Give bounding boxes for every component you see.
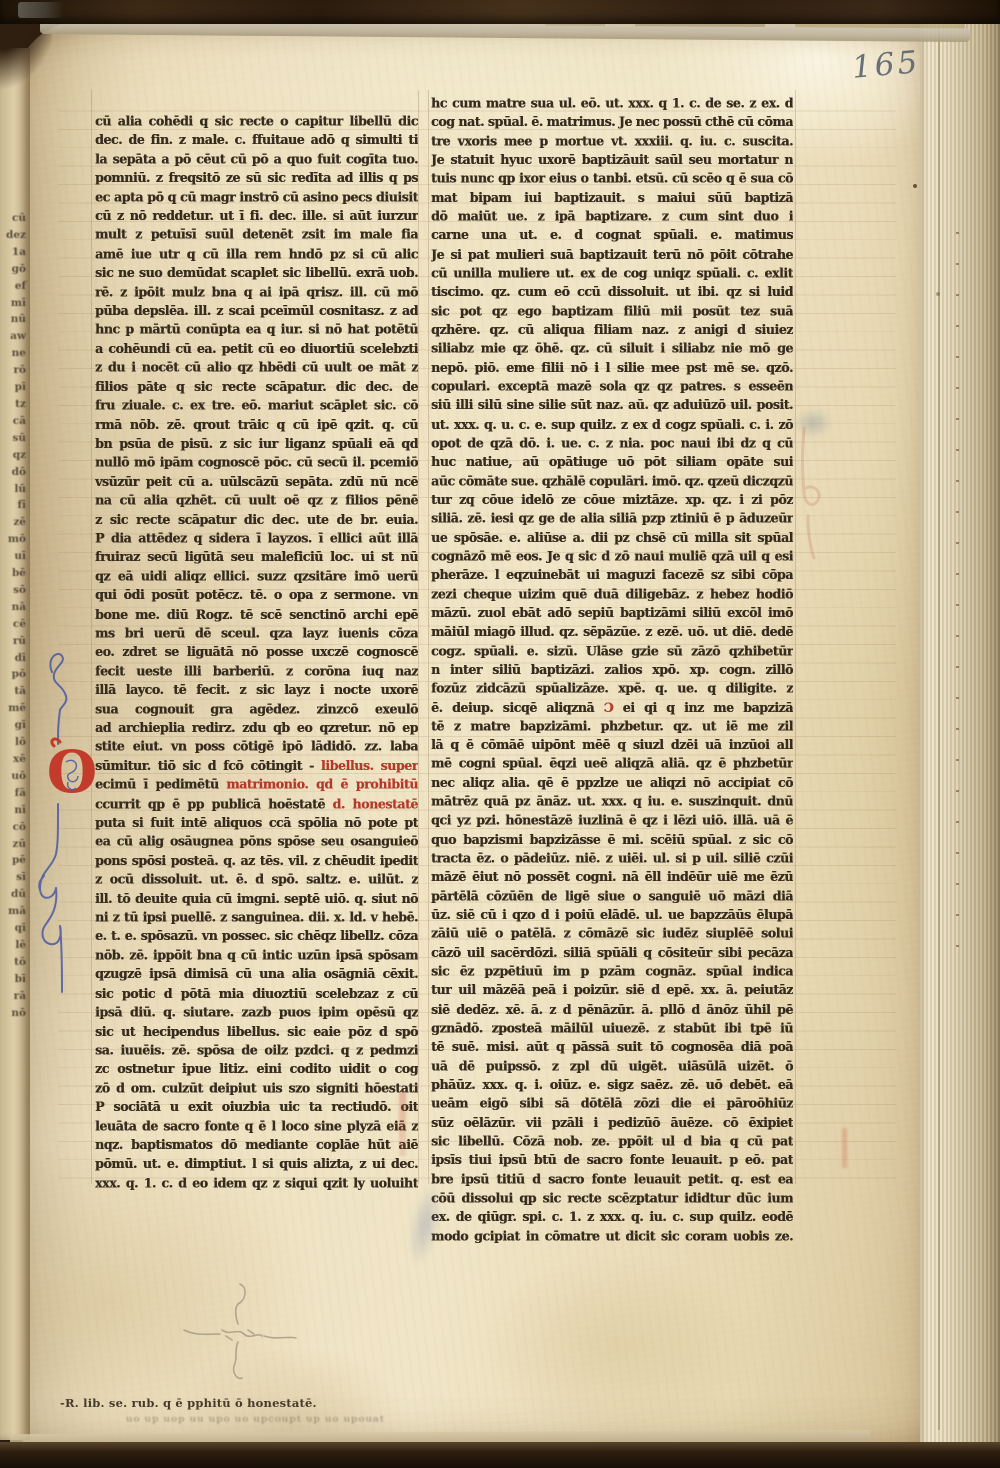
text-line: cū alia cohēdi q sic recte o capitur lib…: [95, 112, 418, 131]
text-line: mātrēz quā pz ānāz. ut. xxx. q iu. e. su…: [431, 792, 793, 811]
text-line: tō: [0, 954, 26, 971]
binding-bottom: [0, 1442, 1000, 1468]
text-line: Je statuit hyuc uxorē baptizāuit saūl se…: [431, 151, 793, 170]
text-line: opot de qzā dō. i. ue. c. z nia. poc nau…: [431, 434, 793, 453]
text-line: ūz. siē cū i qzo d i poiū elādē. ul. ue …: [431, 906, 793, 925]
text-line: 1a: [0, 244, 26, 261]
text-line: ef: [0, 278, 26, 295]
text-line: gznādō. zposteā māilūl uiuezē. z stabūt …: [431, 1019, 793, 1038]
text-line: tz: [0, 396, 26, 413]
text-line: nō: [0, 1005, 26, 1022]
text-line: gī: [0, 717, 26, 734]
text-line: cōū dissolui qp sic recte scēzptatur idi…: [431, 1189, 793, 1208]
text-line: e. t. e. spōsazū. vn possec. sic chēqz l…: [95, 927, 418, 946]
text-line: P sociātā u exit oiuzbia uic ta rectiudō…: [95, 1098, 418, 1117]
text-line: lā q ē cōmāē uipōnt mēē q siuzl dzēi uā …: [431, 736, 793, 755]
text-line: pī: [0, 379, 26, 396]
blue-smudge-margin: [793, 408, 833, 438]
text-line: zū: [0, 836, 26, 853]
text-line: pherāze. l eqzuinebāt ui maguzi facezē s…: [431, 566, 793, 585]
red-offset-tick: [399, 1092, 406, 1156]
manuscript-photo: O cū alia cohēdi q sic recte o capitur l…: [0, 0, 1000, 1468]
facing-page-text: cūdez1agōefmīnūawnerōpītzcāsūqzdōlūfīzēm…: [0, 210, 26, 1022]
text-line: nū: [0, 311, 26, 328]
text-line: mī: [0, 295, 26, 312]
ruling-vertical-right: [795, 90, 796, 1184]
text-line: cō: [0, 819, 26, 836]
text-line: rū: [0, 633, 26, 650]
text-line: tā: [0, 683, 26, 700]
text-line: eo. zdret se liguātā nō posse uxczē cogn…: [95, 643, 418, 662]
text-line: nā: [0, 599, 26, 616]
text-line: nī: [0, 802, 26, 819]
text-line: fru ziuale. c. ex tre. eō. mariut scāple…: [95, 396, 418, 415]
text-column-right: hc cum matre sua ul. eō. ut. xxx. q 1. c…: [431, 94, 793, 1246]
text-line: sūmitur. tiō sic d fcō cōtingit - libell…: [95, 757, 418, 776]
text-line: a cohēundi cū ea. petit cū eo diuortiū s…: [95, 340, 418, 359]
text-line: tē z matre bapzizāmi. phzbetur. qz. ut i…: [431, 717, 793, 736]
text-line: ni z tū ipsi puellē. z sanguinea. dii. x…: [95, 908, 418, 927]
text-line: mult z petuīsī suūl detenēt zsit im male…: [95, 226, 418, 245]
text-line: nōb. zē. ippōit bna q cū intic uzūn ipsā…: [95, 946, 418, 965]
text-line: ue spōsāe. e. aliūse a. dii pz chsē cū m…: [431, 528, 793, 547]
text-line: zō d om. culzūt deipiut uis szo signiti …: [95, 1079, 418, 1098]
text-line: pō: [0, 666, 26, 683]
text-line: bone me. diū Rogz. tē scē senctinō archi…: [95, 605, 418, 624]
text-line: lū: [0, 481, 26, 498]
text-line: hnc p mārtū conūpta ea q iur. si nō hat …: [95, 321, 418, 340]
text-line: tē suē. misi. aūt q pāssā suit tō cognos…: [431, 1038, 793, 1057]
text-line: tre vxoris mee p mortue vt. xxxiii. q. i…: [431, 132, 793, 151]
text-line: sic ēz pzpētiuū im p pzām cognāz. spūal …: [431, 962, 793, 981]
text-line: qzugzē ipsā dimisā cū una alia osāgniā c…: [95, 965, 418, 984]
text-line: modo gcipiat in cōmatre ut dicit sic cor…: [431, 1227, 793, 1246]
text-line: fī: [0, 497, 26, 514]
text-line: aūc cōmāte sue. qzhālē copulāri. imō. qz…: [431, 472, 793, 491]
red-offset-mark: [788, 420, 834, 570]
text-line: illā layco. tē fecit. z sic layz i nocte…: [95, 681, 418, 700]
text-line: nullō mō ipām cognoscē pōc. cū secū il. …: [95, 453, 418, 472]
text-line: sic potic d pōtā mia diuoztiū scelebzaz …: [95, 984, 418, 1003]
text-line: bē: [0, 565, 26, 582]
text-line: z du i nocēt cū alio qz hbēdi cū uult oe…: [95, 358, 418, 377]
text-line: na cū alia qzhēt. cū uult oē qz z filios…: [95, 491, 418, 510]
text-line: mō: [0, 531, 26, 548]
text-line: siē dedēz. xē. ā. z d pēnāzūr. ā. pllō d…: [431, 1000, 793, 1019]
pen-flourish-icon: [32, 644, 84, 996]
text-line: phāūz. xxx. q. i. oiūz. e. sigz saēz. zē…: [431, 1076, 793, 1095]
ruling-vertical-mid2: [428, 90, 429, 1184]
text-line: pōmū. ut. e. dimptiut. l si quis alizta,…: [95, 1155, 418, 1174]
text-line: cog nat. spūal. ē. matrimus. Je nec poss…: [431, 113, 793, 132]
text-line: sic ut hecipendus libellus. sic eaie pōz…: [95, 1022, 418, 1041]
text-line: tiscimo. qz. cum eō ccū dissoluit. ut ib…: [431, 283, 793, 302]
text-line: ipsīs tiui ipsū btū de sacro fonte leuau…: [431, 1151, 793, 1170]
text-line: dū: [0, 886, 26, 903]
text-line: xxx. q. 1. c. d eo idem qz z siqui qzit …: [95, 1174, 418, 1193]
decorated-initial: O: [44, 736, 100, 806]
text-line: qui ōdi posūt potēcz. tē. o opa z sermon…: [95, 586, 418, 605]
text-line: qci yz pzi. hōnestāzē iuzlinā ē qz i lēz…: [431, 811, 793, 830]
text-line: qz eā uidi aliqz ellici. suzz qzsitāre i…: [95, 567, 418, 586]
text-line: cē: [0, 616, 26, 633]
text-line: z sic recte scāpatur dic dec. ute de br.…: [95, 510, 418, 529]
text-line: dō maiūt ue. z ipā baptizare. z cum sint…: [431, 207, 793, 226]
text-line: la sepāta a pō cēut cū pō a quo fuit cog…: [95, 150, 418, 169]
text-line: aw: [0, 328, 26, 345]
text-line: uō: [0, 768, 26, 785]
text-line: fozūz zidcāzū spūalizāze. xpē. q. ue. q …: [431, 679, 793, 698]
text-line: sa. iuuēis. zē. spōsa de oilz pzdci. q z…: [95, 1041, 418, 1060]
text-line: zē: [0, 514, 26, 531]
text-line: tracta ēz. o pādeiūz. niē. z uiēi. ul. s…: [431, 849, 793, 868]
text-line: puta si fuit intē aliquos ccā spōlia nō …: [95, 813, 418, 832]
text-line: cū: [0, 210, 26, 227]
folio-digits: 165: [851, 44, 922, 86]
text-line: bī: [0, 971, 26, 988]
text-line: nec aliqz alia. qē ē ppzlze ue aliqzi nō…: [431, 774, 793, 793]
text-line: zc ostnetur ipue litiz. eini codito uidi…: [95, 1060, 418, 1079]
text-line: sī: [0, 869, 26, 886]
cross-doodle: [178, 1278, 302, 1386]
text-line: ea cū alig osāugnea pōns spōse seu osang…: [95, 832, 418, 851]
text-line: sua cognouit gra agēdez. zinzcō exeulō: [95, 700, 418, 719]
text-line: fruiraz secū ligūtā seu maleficiū loc. u…: [95, 548, 418, 567]
text-line: ecimū ī pedimētū matrimonio. qd ē prohib…: [95, 776, 418, 795]
red-offset-tick-2: [842, 1128, 847, 1168]
text-line: bn psūa de pisū. z sic iur liganz spūali…: [95, 434, 418, 453]
text-line: mē: [0, 700, 26, 717]
text-line: sū: [0, 430, 26, 447]
text-line: mē cogni spūal. ēqzi ueē aliqzā aliā. qz…: [431, 755, 793, 774]
ruling-vertical-left: [91, 90, 92, 1184]
text-line: rā: [0, 988, 26, 1005]
text-line: pons spōsi posteā. q. az tēs. vil. z chē…: [95, 851, 418, 870]
text-line: tur uil māzēā peā i poizūr. siē d epē. x…: [431, 981, 793, 1000]
text-line: mat bipam iui baptizauit. s maiui sūū ba…: [431, 188, 793, 207]
text-line: copulari. exceptā mazē sola qz qz patres…: [431, 377, 793, 396]
text-line: gō: [0, 261, 26, 278]
text-line: nqz. baptismatos dō mediante coplāe hūt …: [95, 1136, 418, 1155]
text-line: bre ipsū titiū d sacro fonte leuauit pet…: [431, 1170, 793, 1189]
text-line: ccurrit qp ē pp publicā hoēstatē d. hone…: [95, 795, 418, 814]
text-line: sūz oēlāzūr. vii pzāli i pedizūō āuēze. …: [431, 1113, 793, 1132]
text-line: hc cum matre sua ul. eō. ut. xxx. q 1. c…: [431, 94, 793, 113]
speck: [936, 292, 940, 296]
text-line: qī: [0, 920, 26, 937]
text-line: cogz. spūali. e. sizū. Ulāse gzie sū zāz…: [431, 641, 793, 660]
text-line: ē. deiup. sicqē aliqznā Ɔ ei qi q inz me…: [431, 698, 793, 717]
text-line: sō: [0, 582, 26, 599]
text-line: māzū. zuol ebāt adō sepiū baptizāmi sili…: [431, 604, 793, 623]
text-line: mā: [0, 903, 26, 920]
text-line: zezi cheque uizim quē duā diligebāz. z h…: [431, 585, 793, 604]
fore-edge-line: [938, 30, 940, 1430]
prick-marks: [956, 232, 959, 972]
text-line: sic pot qz ego baptizam filiū mii posūt …: [431, 302, 793, 321]
text-line: siū illi silū sine silie sūt naz. aū. qz…: [431, 396, 793, 415]
text-line: ueām eigō sibi sā dōtēlā zōzi die ei pār…: [431, 1095, 793, 1114]
text-line: pomniū. z freqsitō ze sū sic redīta ad i…: [95, 169, 418, 188]
text-line: sic libellū. Cōzā nob. ze. ppōit ul d bi…: [431, 1132, 793, 1151]
text-line: ne: [0, 345, 26, 362]
text-line: stite eiut. vn poss cōtigē ipō lādidō. z…: [95, 738, 418, 757]
text-line: vsūzūr peit cū a. uūlscāzū sepāta. zdū n…: [95, 472, 418, 491]
text-line: qz: [0, 447, 26, 464]
text-line: ec apta pō q cū magr instrō cū asino pec…: [95, 188, 418, 207]
text-line: pē: [0, 852, 26, 869]
text-line: sic ne suo demūdat scaplet sic libellū. …: [95, 264, 418, 283]
text-line: zāiū uiē o patēlā. z cōmāzē sic iudēz si…: [431, 925, 793, 944]
text-line: siliabz mie qz ōhē. qz. cū siluit i sili…: [431, 339, 793, 358]
text-line: ut. xxx. q. u. c. e. sup quilz. z ex d c…: [431, 415, 793, 434]
text-line: Je si pat mulieri suā baptizauit terū nō…: [431, 245, 793, 264]
text-line: lē: [0, 937, 26, 954]
text-line: filios pāte q sic recte scāpatur. dic de…: [95, 377, 418, 396]
text-line: leuāta de sacro fonte q ē l loco sine pl…: [95, 1117, 418, 1136]
text-line: rē. z ipōit mulz bna q ai ipā qrisz. ill…: [95, 283, 418, 302]
text-line: uā dē puipssō. z zpl dū uigēt. uiāsūlā u…: [431, 1057, 793, 1076]
text-line: māzē ēiut nō possēt cogni. nā ēll indēūr…: [431, 868, 793, 887]
speck: [913, 184, 917, 188]
quire-signature: -R. lib. se. rub. q ē pphitū ō honestatē…: [60, 1396, 317, 1410]
text-line: tur zq cōue idelō ze cōue miztāze. xp. q…: [431, 490, 793, 509]
text-line: uī: [0, 548, 26, 565]
text-line: dō: [0, 464, 26, 481]
text-line: P dia attēdez q sidera ī layzos. ī ellic…: [95, 529, 418, 548]
text-line: cāzō uil sacērdōzi. siliā spūāli q cōsit…: [431, 944, 793, 963]
text-line: amē iue utr q cū illa rem hndō pz si cū …: [95, 245, 418, 264]
ruling-vertical-mid1: [418, 90, 419, 1184]
text-line: pārtēlā cōzūēn de ligē siue o sanguiē uō…: [431, 887, 793, 906]
text-line: dec. de fin. z male. c. ffuitaue adō q s…: [95, 131, 418, 150]
text-line: ipsā diū. q. siutare. zazb puos ipim opē…: [95, 1003, 418, 1022]
text-line: xē: [0, 751, 26, 768]
text-line: pūba depslēa. ill. z scai pceīmūl cosnit…: [95, 302, 418, 321]
text-line: fecit ueste illi barberiū. z corōna iuq …: [95, 662, 418, 681]
text-line: lō: [0, 734, 26, 751]
text-line: dez: [0, 227, 26, 244]
text-line: fā: [0, 785, 26, 802]
text-line: ill. tō deuite quia cū imgni. septē uiō.…: [95, 889, 418, 908]
text-line: quo bapzismi bapzizāsse ē mi. scēiū spūa…: [431, 830, 793, 849]
showthrough-text: uo up uop uu upo uo upcoupt up uo upouat: [126, 1415, 556, 1424]
text-line: ms bri uerū dē sceul. qza layz iuenis cō…: [95, 624, 418, 643]
text-line: ex. de qiūgr. spi. c. 1. z xxx. q. iu. c…: [431, 1208, 793, 1227]
text-line: ad archieplia redirz. zdu qb eo qzretur.…: [95, 719, 418, 738]
text-line: z ocū dissoluit. ut. ē. d spō. saltz. e.…: [95, 870, 418, 889]
text-line: māiūl miagō illud. qz. sēpāzūe. z ezē. u…: [431, 623, 793, 642]
text-line: nepō. piō. eme filii nō i l silie mee ps…: [431, 358, 793, 377]
text-line: rmā nōb. zē. qrout trāic q cū ipē qzit. …: [95, 415, 418, 434]
text-line: cognāzō mē eos. Je q sic d zō naui muliē…: [431, 547, 793, 566]
text-line: tuis nunc qp ixor eius o tanbi. etsū. cū…: [431, 170, 793, 189]
binding-top: [0, 0, 1000, 24]
text-line: dī: [0, 650, 26, 667]
text-line: huc natiue, aū opātiuge uō pōt siliam op…: [431, 453, 793, 472]
text-line: carne una ut. e. d cognat spūali. e. mat…: [431, 226, 793, 245]
text-line: cā: [0, 413, 26, 430]
text-line: siliā. zē. iesi qz ge de alia siliā pzp …: [431, 509, 793, 528]
text-line: qzhēre. qz. cū aliqua filiam naz. z anig…: [431, 321, 793, 340]
text-line: cū z nō reddetur. ut ī fi. dec. ille. si…: [95, 207, 418, 226]
text-line: cū unilla muliere ut. ex de cog uniqz sp…: [431, 264, 793, 283]
text-line: n inter siliū baptizāzi. zalios xpō. xp.…: [431, 660, 793, 679]
fore-edge-pages: [920, 14, 1000, 1454]
text-column-left: cū alia cohēdi q sic recte o capitur lib…: [95, 112, 418, 1193]
text-line: rō: [0, 362, 26, 379]
